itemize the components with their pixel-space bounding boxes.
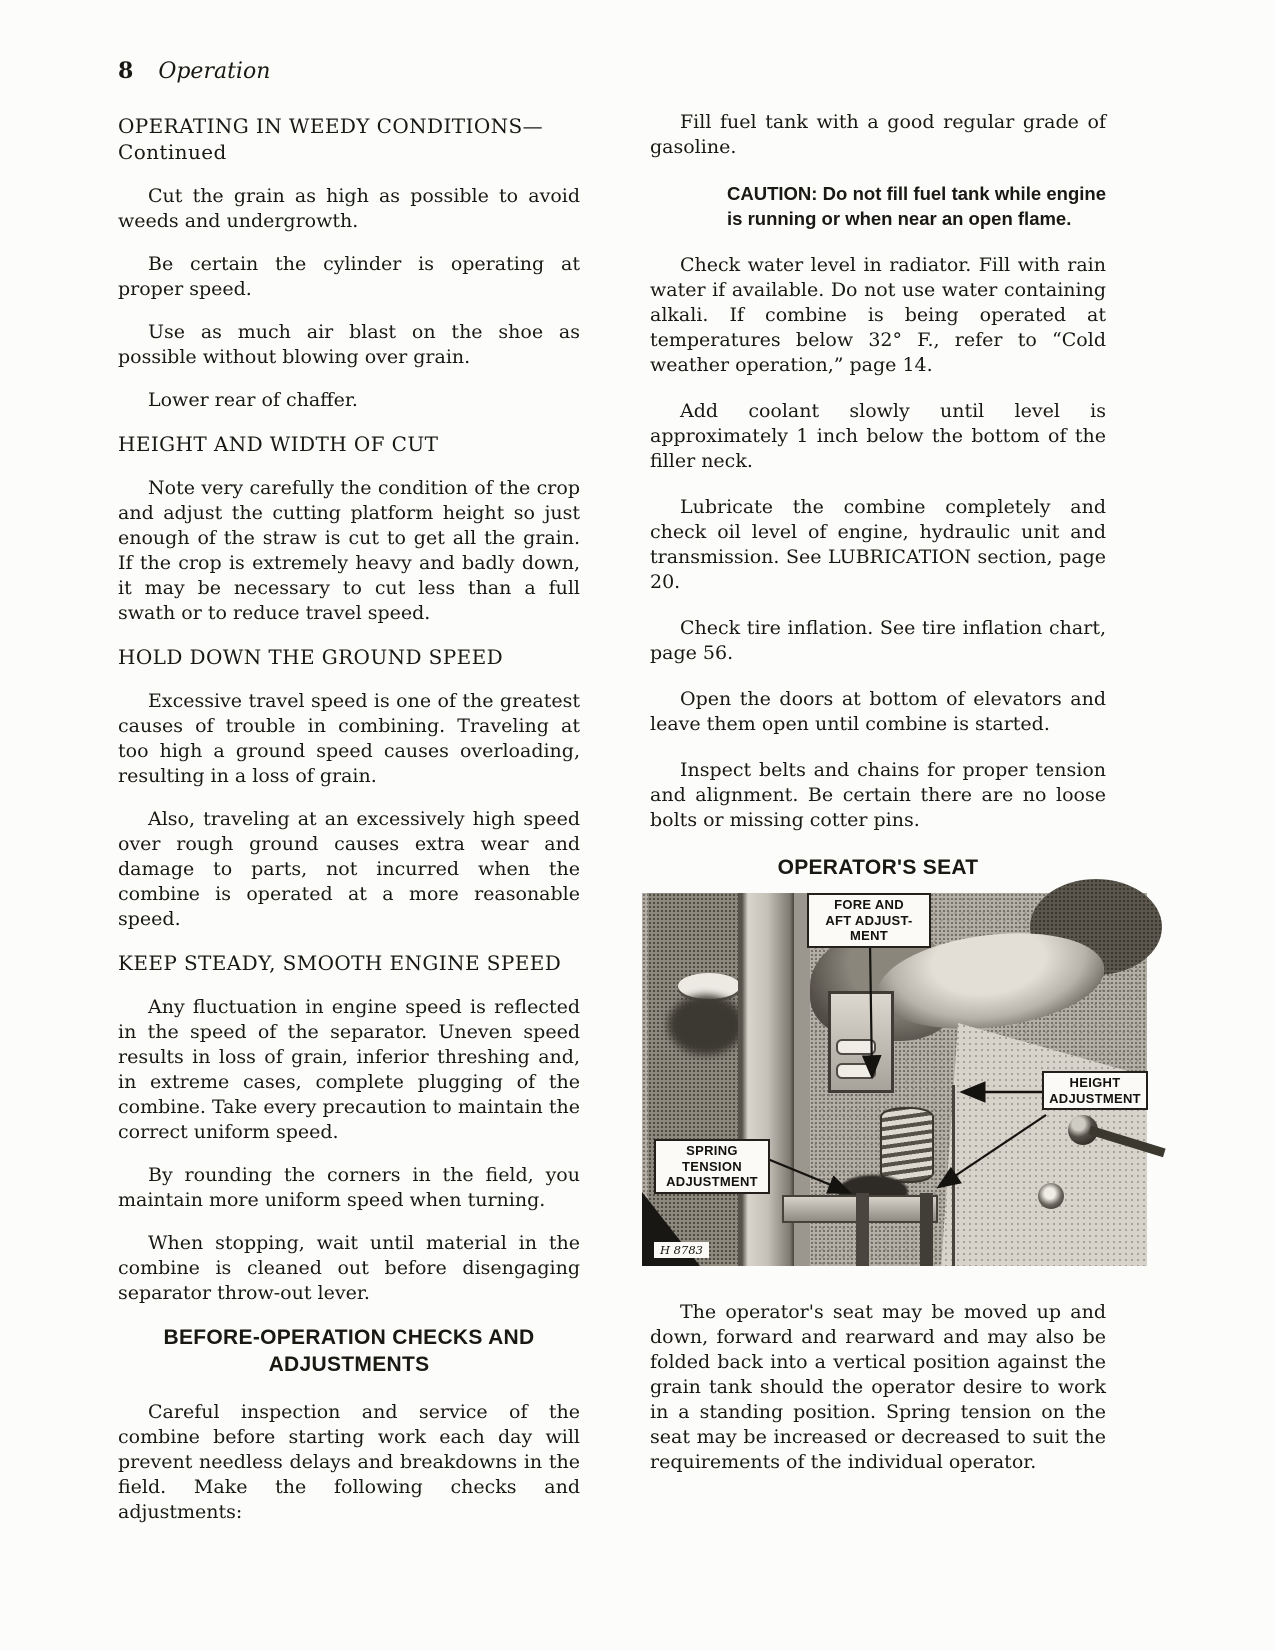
paragraph-belts-chains: Inspect belts and chains for proper tens…	[650, 758, 1106, 833]
fore-aft-leader-line	[870, 943, 872, 1075]
height-adjust-leader-line	[940, 1115, 1046, 1186]
paragraph-chaffer: Lower rear of chaffer.	[118, 388, 580, 413]
heading-engine-speed: KEEP STEADY, SMOOTH ENGINE SPEED	[118, 950, 580, 976]
label-height-adjustment: HEIGHT ADJUSTMENT	[1042, 1071, 1148, 1110]
paragraph-excessive-speed: Excessive travel speed is one of the gre…	[118, 689, 580, 789]
photo-id-tag: H 8783	[654, 1242, 709, 1258]
paragraph-cylinder-speed: Be certain the cylinder is operating at …	[118, 252, 580, 302]
paragraph-coolant: Add coolant slowly until level is approx…	[650, 399, 1106, 474]
heading-line: ADJUSTMENTS	[118, 1351, 580, 1378]
heading-before-operation-checks: BEFORE-OPERATION CHECKS AND ADJUSTMENTS	[118, 1324, 580, 1378]
paragraph-elevator-doors: Open the doors at bottom of elevators an…	[650, 687, 1106, 737]
paragraph-air-blast: Use as much air blast on the shoe as pos…	[118, 320, 580, 370]
paragraph-seat-description: The operator's seat may be moved up and …	[650, 1300, 1106, 1475]
paragraph-fluctuation: Any fluctuation in engine speed is refle…	[118, 995, 580, 1145]
heading-height-width-of-cut: HEIGHT AND WIDTH OF CUT	[118, 431, 580, 457]
heading-operators-seat: OPERATOR'S SEAT	[650, 854, 1106, 881]
page-number: 8	[118, 58, 133, 84]
paragraph-platform-height: Note very carefully the condition of the…	[118, 476, 580, 626]
manual-page: 8 Operation OPERATING IN WEEDY CONDITION…	[0, 0, 1275, 1650]
paragraph-tire-inflation: Check tire inflation. See tire inflation…	[650, 616, 1106, 666]
paragraph-rounding-corners: By rounding the corners in the field, yo…	[118, 1163, 580, 1213]
paragraph-fuel-tank: Fill fuel tank with a good regular grade…	[650, 110, 1106, 160]
paragraph-cut-grain: Cut the grain as high as possible to avo…	[118, 184, 580, 234]
right-column: Fill fuel tank with a good regular grade…	[650, 110, 1106, 1496]
left-column: OPERATING IN WEEDY CONDITIONS— Continued…	[118, 110, 580, 1543]
label-spring-tension-adjustment: SPRING TENSION ADJUSTMENT	[654, 1139, 770, 1194]
spring-tension-leader-line	[758, 1155, 848, 1192]
paragraph-careful-inspection: Careful inspection and service of the co…	[118, 1400, 580, 1525]
label-fore-aft-adjustment: FORE AND AFT ADJUST- MENT	[807, 893, 931, 948]
paragraph-rough-ground: Also, traveling at an excessively high s…	[118, 807, 580, 932]
caution-note: CAUTION: Do not fill fuel tank while eng…	[727, 181, 1106, 231]
heading-line-continued: Continued	[118, 139, 580, 165]
page-header: 8 Operation	[118, 58, 270, 85]
heading-weedy-conditions: OPERATING IN WEEDY CONDITIONS— Continued	[118, 113, 580, 165]
paragraph-lubricate: Lubricate the combine completely and che…	[650, 495, 1106, 595]
operators-seat-photo: FORE AND AFT ADJUST- MENT SPRING TENSION…	[642, 893, 1147, 1266]
heading-line: BEFORE-OPERATION CHECKS AND	[118, 1324, 580, 1351]
paragraph-radiator: Check water level in radiator. Fill with…	[650, 253, 1106, 378]
heading-ground-speed: HOLD DOWN THE GROUND SPEED	[118, 644, 580, 670]
section-title: Operation	[158, 59, 270, 84]
paragraph-when-stopping: When stopping, wait until material in th…	[118, 1231, 580, 1306]
heading-line: OPERATING IN WEEDY CONDITIONS—	[118, 113, 580, 139]
